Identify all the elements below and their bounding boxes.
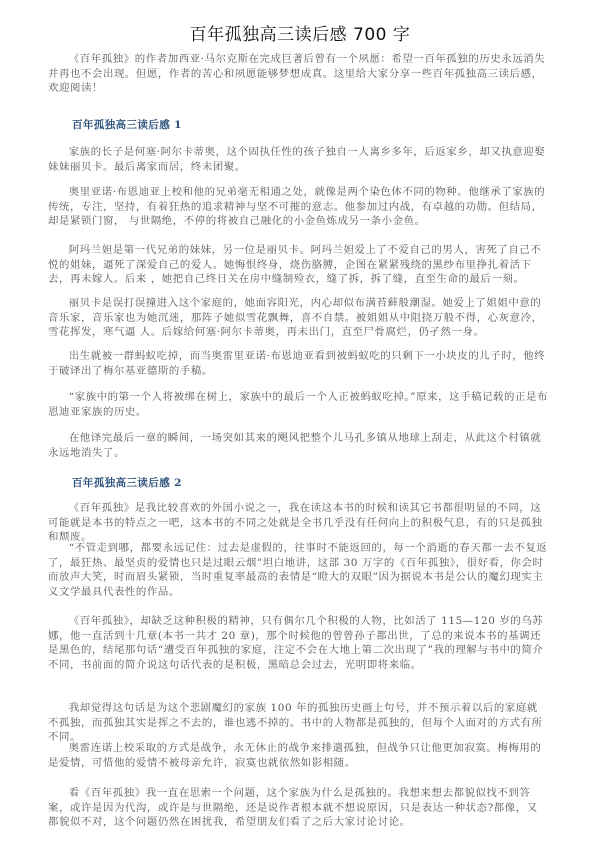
paragraph: “不管走到哪，都要永远记住：过去是虚假的，往事时不能返回的，每一个消逝的春天都一… — [48, 541, 548, 599]
paragraph: “家族中的第一个人将被绑在树上，家族中的最后一个人正被蚂蚁吃掉。”原来，这手稿记… — [48, 390, 548, 419]
intro-paragraph: 《百年孤独》的作者加西亚·马尔克斯在完成巨著后曾有一个夙愿：希望一百年孤独的历史… — [48, 52, 548, 96]
paragraph: 奥里亚诺·布恩迪亚上校和他的兄弟毫无相通之处，就像是两个染色体不同的物种。他继承… — [48, 185, 548, 229]
paragraph: 阿玛兰妲是第一代兄弟的妹妹，另一位是丽贝卡。阿玛兰妲爱上了不爱自己的男人，害死了… — [48, 243, 548, 287]
section-heading-2: 百年孤独高三读后感 2 — [72, 475, 182, 490]
page-title: 百年孤独高三读后感 700 字 — [0, 20, 600, 45]
paragraph: 出生就被一群蚂蚁吃掉，而当奥雷里亚诺·布恩迪亚看到被蚂蚁吃的只剩下一小块皮的儿子… — [48, 349, 548, 378]
paragraph: 《百年孤独》，却缺乏这种积极的精神，只有偶尔几个积极的人物，比如活了 115—1… — [48, 614, 548, 672]
section-heading-1: 百年孤独高三读后感 1 — [72, 117, 182, 132]
paragraph: 在他译完最后一章的瞬间，一场突如其来的飓风把整个儿马孔多镇从地球上刮走，从此这个… — [48, 431, 548, 460]
paragraph: 丽贝卡是误打误撞进入这个家庭的，她面容阳光，内心却似布满苔藓般潮湿。她爱上了姐姐… — [48, 296, 548, 340]
document-page: 百年孤独高三读后感 700 字 《百年孤独》的作者加西亚·马尔克斯在完成巨著后曾… — [0, 0, 600, 849]
paragraph: 我却觉得这句话是为这个悲剧魔幻的家族 100 年的孤独历史画上句号，并不预示着以… — [48, 701, 548, 745]
paragraph: 家族的长子是何塞·阿尔卡蒂奥，这个固执任性的孩子独自一人离乡多年，后返家乡，却又… — [48, 145, 548, 174]
paragraph: 《百年孤独》是我比较喜欢的外国小说之一，我在读这本书的时候和读其它书都很明显的不… — [48, 501, 548, 545]
paragraph: 看《百年孤独》我一直在思索一个问题，这个家族为什么是孤独的。我想来想去都貌似找不… — [48, 786, 548, 830]
paragraph: 奥雷连诺上校采取的方式是战争，永无休止的战争来排遣孤独，但战争只让他更加寂寞。梅… — [48, 741, 548, 770]
